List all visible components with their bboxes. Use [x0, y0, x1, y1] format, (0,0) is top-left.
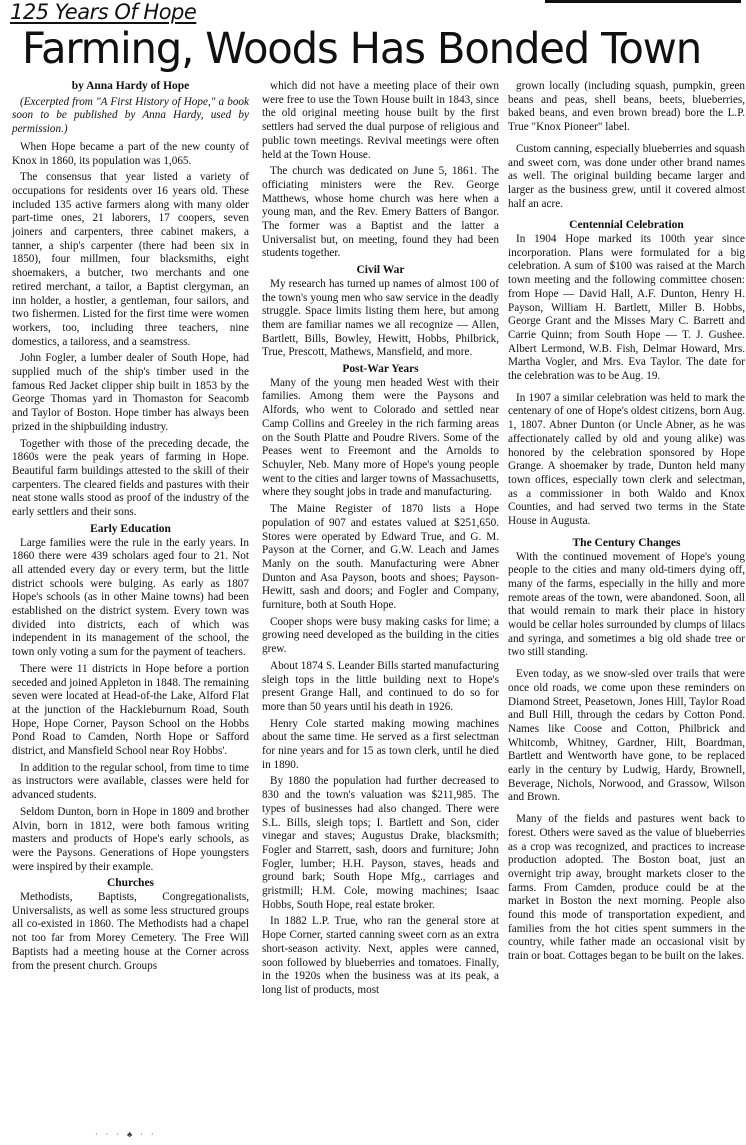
column-3: grown locally (including squash, pumpkin… — [508, 80, 745, 967]
top-rule — [545, 0, 741, 3]
paragraph: Large families were the rule in the earl… — [12, 537, 249, 660]
subhead-churches: Churches — [12, 877, 249, 891]
paragraph: About 1874 S. Leander Bills started manu… — [262, 660, 499, 715]
paragraph: Cooper shops were busy making casks for … — [262, 616, 499, 657]
editor-note: (Excerpted from "A First History of Hope… — [12, 96, 249, 137]
paragraph: With the continued movement of Hope's yo… — [508, 551, 745, 661]
paragraph: In 1907 a similar celebration was held t… — [508, 392, 745, 529]
paragraph: Many of the fields and pastures went bac… — [508, 813, 745, 964]
paragraph: John Fogler, a lumber dealer of South Ho… — [12, 352, 249, 434]
subhead-civil-war: Civil War — [262, 264, 499, 278]
paragraph: which did not have a meeting place of th… — [262, 80, 499, 162]
paragraph: grown locally (including squash, pumpkin… — [508, 80, 745, 135]
headline: Farming, Woods Has Bonded Town — [22, 22, 720, 76]
print-specks: · · · ♣ · · — [95, 1130, 157, 1139]
paragraph: In addition to the regular school, from … — [12, 762, 249, 803]
paragraph: The Maine Register of 1870 lists a Hope … — [262, 503, 499, 613]
paragraph: Seldom Dunton, born in Hope in 1809 and … — [12, 806, 249, 875]
paragraph: Many of the young men headed West with t… — [262, 377, 499, 500]
paragraph: Henry Cole started making mowing machine… — [262, 718, 499, 773]
paragraph: In 1904 Hope marked its 100th year since… — [508, 233, 745, 384]
paragraph: The church was dedicated on June 5, 1861… — [262, 165, 499, 261]
subhead-early-education: Early Education — [12, 523, 249, 537]
subhead-century-changes: The Century Changes — [508, 537, 745, 551]
paragraph: When Hope became a part of the new count… — [12, 141, 249, 168]
paragraph: Together with those of the preceding dec… — [12, 438, 249, 520]
article-body: by Anna Hardy of Hope (Excerpted from "A… — [12, 80, 742, 1140]
column-2: which did not have a meeting place of th… — [262, 80, 499, 1001]
paragraph: The consensus that year listed a variety… — [12, 171, 249, 349]
paragraph: Custom canning, especially blueberries a… — [508, 143, 745, 212]
subhead-centennial-celebration: Centennial Celebration — [508, 219, 745, 233]
paragraph: My research has turned up names of almos… — [262, 278, 499, 360]
paragraph: There were 11 districts in Hope before a… — [12, 663, 249, 759]
paragraph: Even today, as we snow-sled over trails … — [508, 668, 745, 805]
paragraph: In 1882 L.P. True, who ran the general s… — [262, 915, 499, 997]
paragraph: By 1880 the population had further decre… — [262, 775, 499, 912]
byline: by Anna Hardy of Hope — [12, 80, 249, 94]
series-kicker: 125 Years Of Hope — [10, 0, 196, 24]
paragraph: Methodists, Baptists, Congregationalists… — [12, 891, 249, 973]
subhead-post-war-years: Post-War Years — [262, 363, 499, 377]
column-1: by Anna Hardy of Hope (Excerpted from "A… — [12, 80, 249, 976]
